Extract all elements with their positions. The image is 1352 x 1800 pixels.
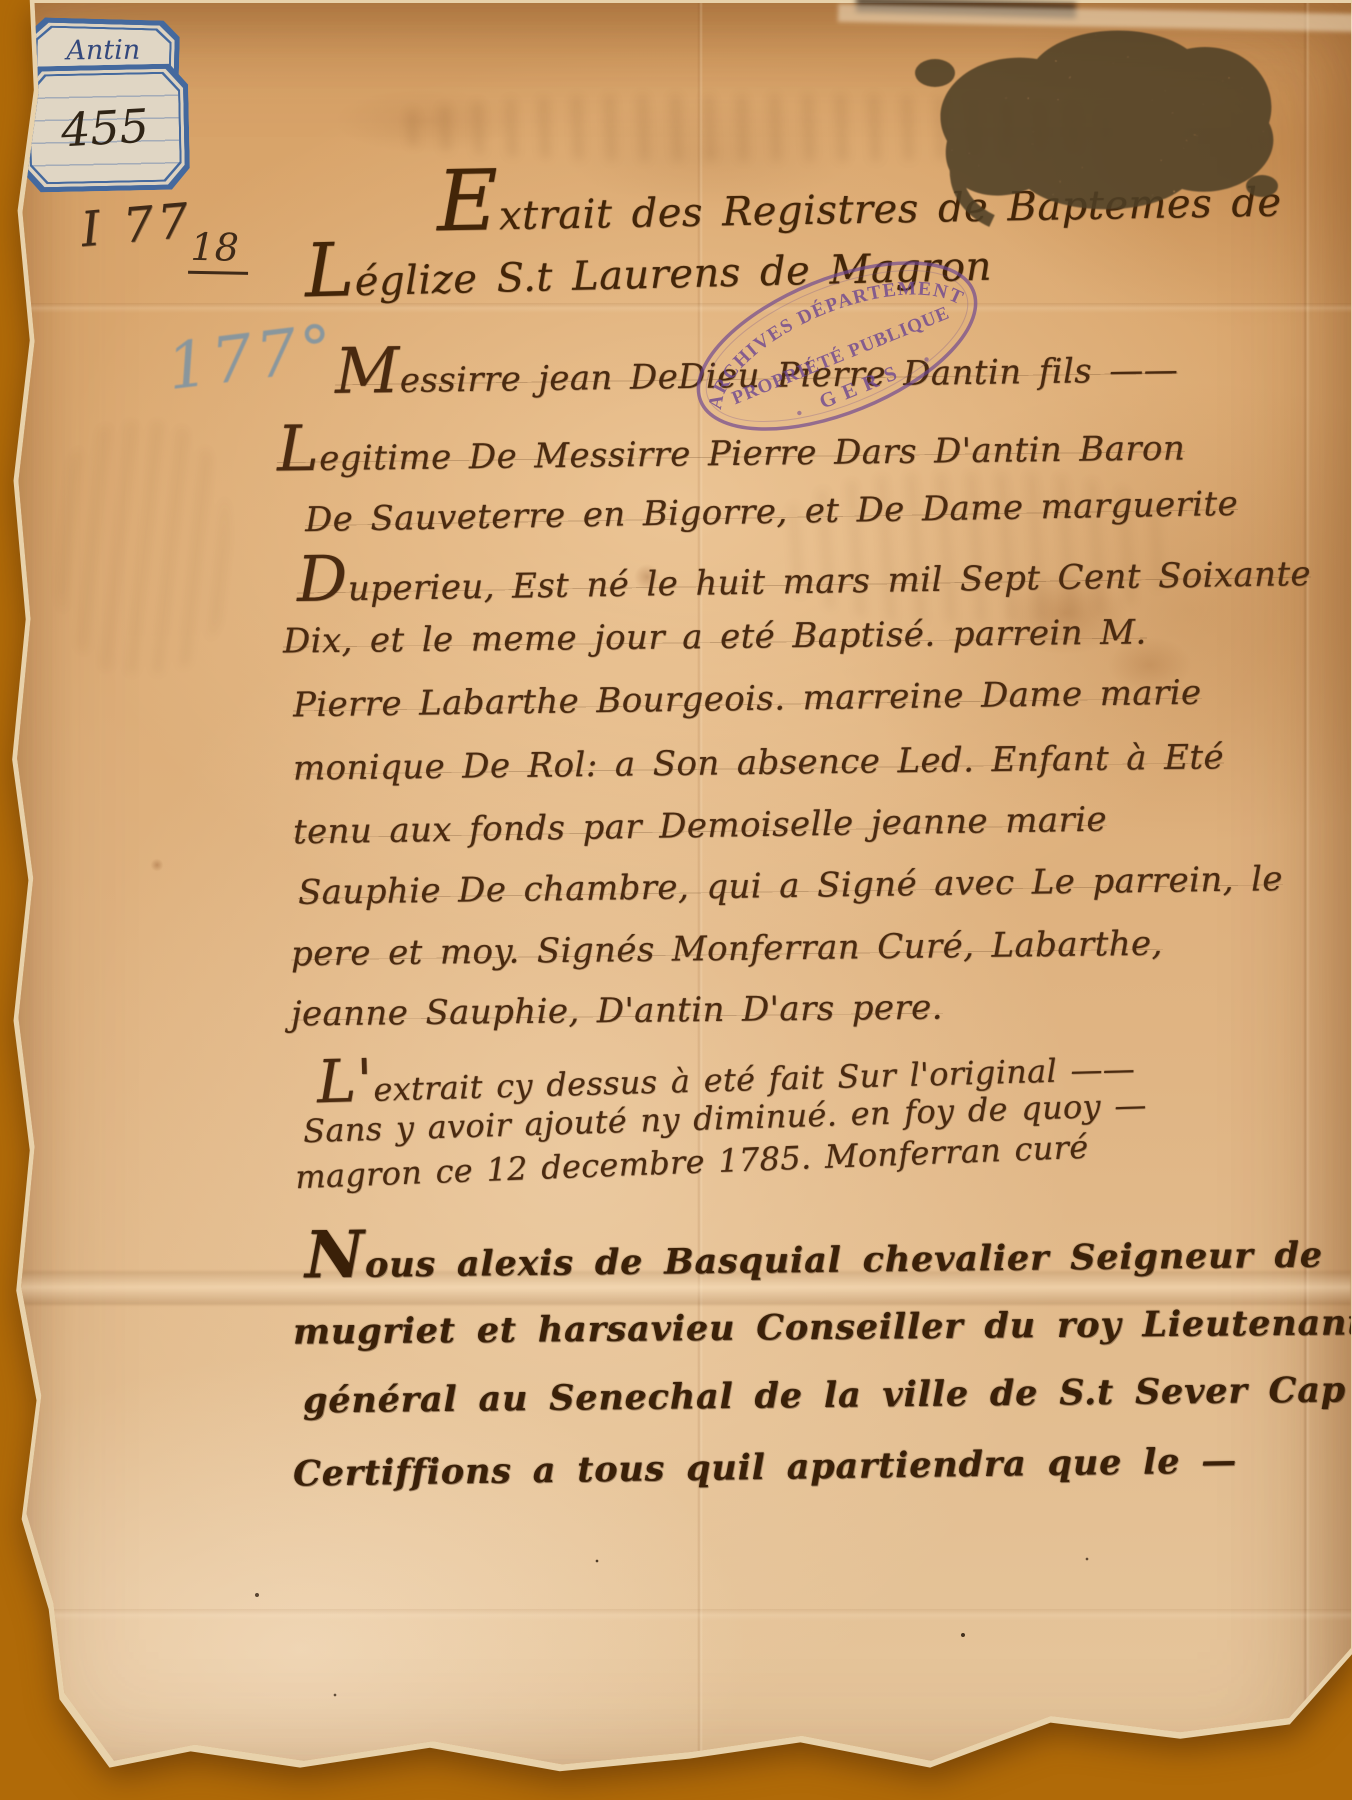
paper-crease	[5, 1609, 1351, 1621]
document-paper: Extrait des Registres de Baptemes de Lég…	[0, 0, 1352, 1800]
archive-number-text: 455	[60, 99, 151, 158]
paper-crease	[1303, 3, 1310, 1793]
archive-number-label: 455	[20, 63, 191, 192]
paper-sheet: Extrait des Registres de Baptemes de Lég…	[5, 3, 1351, 1793]
photo-stage: Extrait des Registres de Baptemes de Lég…	[0, 0, 1352, 1800]
manuscript-line: jeanne Sauphie, D'antin D'ars pere.	[291, 988, 943, 1035]
paper-crease	[5, 303, 1351, 313]
collection-name-text: Antin	[66, 34, 140, 66]
inventory-mark: I 77	[79, 193, 195, 258]
ink-bleedthrough	[57, 423, 227, 673]
inventory-sub-mark: 18	[188, 225, 249, 275]
ink-seal-stamp	[877, 11, 1297, 231]
